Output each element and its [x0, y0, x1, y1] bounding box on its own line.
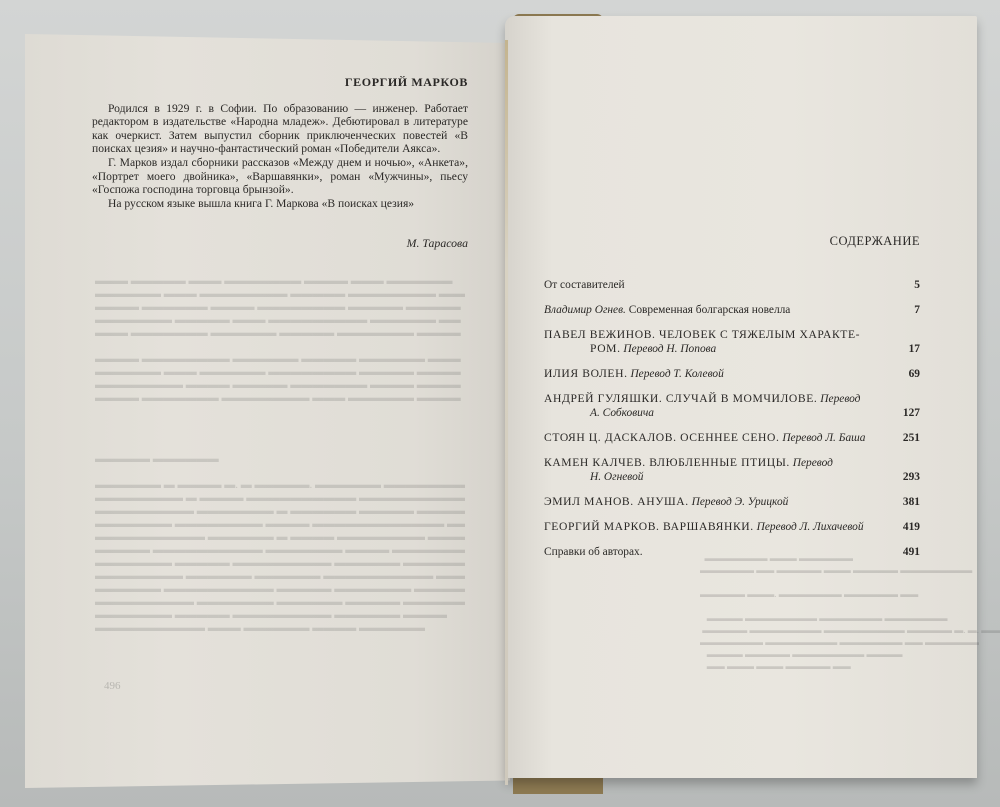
toc-page-number: 251	[890, 431, 920, 445]
toc-page-number: 491	[890, 545, 920, 559]
toc-entry[interactable]: КАМЕН КАЛЧЕВ. ВЛЮБЛЕННЫЕ ПТИЦЫ. ПереводН…	[544, 456, 920, 484]
toc-entry-title: Справки об авторах.	[544, 546, 643, 558]
toc-page-number: 381	[890, 495, 920, 509]
toc-entry-translator: Перевод Э. Урицкой	[689, 496, 789, 508]
toc-entry-translator: Перевод Л. Лихачевой	[754, 521, 864, 533]
page-number: 496	[104, 680, 121, 692]
toc-page-number: 69	[890, 367, 920, 381]
toc-entry-title: ИЛИЯ ВОЛЕН.	[544, 367, 628, 380]
toc-entry[interactable]: ПАВЕЛ ВЕЖИНОВ. ЧЕЛОВЕК С ТЯЖЕЛЫМ ХАРАКТЕ…	[544, 328, 920, 356]
toc-entry-author: Владимир Огнев.	[544, 304, 626, 316]
contents-title: СОДЕРЖАНИЕ	[780, 234, 920, 249]
toc-page-number: 17	[890, 342, 920, 356]
bio-signature: М. Тарасова	[92, 236, 468, 251]
toc-entry-title: Современная болгарская новелла	[626, 304, 790, 316]
toc-entry[interactable]: Владимир Огнев. Современная болгарская н…	[544, 303, 920, 317]
bio-paragraph: На русском языке вышла книга Г. Маркова …	[92, 197, 468, 211]
bleed-through-text: ▬▬▬ ▬▬▬▬▬ ▬▬▬ ▬▬▬▬▬▬▬ ▬▬▬▬ ▬▬▬ ▬▬▬▬▬▬ ▬▬…	[95, 262, 465, 462]
toc-entry-translator-label: Перевод	[817, 393, 860, 405]
table-of-contents: От составителей 5 Владимир Огнев. Соврем…	[544, 278, 920, 570]
toc-entry[interactable]: СТОЯН Ц. ДАСКАЛОВ. ОСЕННЕЕ СЕНО. Перевод…	[544, 431, 920, 445]
toc-entry-translator: А. Собковича	[590, 407, 654, 419]
toc-entry-title: ЭМИЛ МАНОВ. АНУША.	[544, 495, 689, 508]
toc-entry-title-cont: РОМ.	[590, 342, 621, 355]
toc-entry[interactable]: АНДРЕЙ ГУЛЯШКИ. СЛУЧАЙ В МОМЧИЛОВЕ. Пере…	[544, 392, 920, 420]
bio-paragraph: Родился в 1929 г. в Софии. По образовани…	[92, 102, 468, 156]
bio-paragraph: Г. Марков издал сборники рассказов «Межд…	[92, 156, 468, 197]
toc-entry[interactable]: ГЕОРГИЙ МАРКОВ. ВАРШАВЯНКИ. Перевод Л. Л…	[544, 520, 920, 534]
toc-entry-translator: Перевод Н. Попова	[621, 343, 717, 355]
toc-entry-title: ПАВЕЛ ВЕЖИНОВ. ЧЕЛОВЕК С ТЯЖЕЛЫМ ХАРАКТЕ…	[544, 328, 860, 341]
author-bio: ГЕОРГИЙ МАРКОВ Родился в 1929 г. в Софии…	[92, 76, 468, 210]
toc-entry[interactable]: Справки об авторах. 491	[544, 545, 920, 559]
toc-page-number: 293	[890, 470, 920, 484]
toc-entry-title: От составителей	[544, 279, 625, 291]
toc-entry[interactable]: От составителей 5	[544, 278, 920, 292]
toc-entry-translator: Перевод Т. Колевой	[628, 368, 724, 380]
toc-entry-title: ГЕОРГИЙ МАРКОВ. ВАРШАВЯНКИ.	[544, 520, 754, 533]
toc-entry-title: СТОЯН Ц. ДАСКАЛОВ. ОСЕННЕЕ СЕНО.	[544, 431, 779, 444]
toc-entry[interactable]: ЭМИЛ МАНОВ. АНУША. Перевод Э. Урицкой 38…	[544, 495, 920, 509]
toc-entry-title: АНДРЕЙ ГУЛЯШКИ. СЛУЧАЙ В МОМЧИЛОВЕ.	[544, 392, 817, 405]
bio-heading: ГЕОРГИЙ МАРКОВ	[92, 76, 468, 90]
toc-entry-title: КАМЕН КАЛЧЕВ. ВЛЮБЛЕННЫЕ ПТИЦЫ.	[544, 456, 790, 469]
toc-entry[interactable]: ИЛИЯ ВОЛЕН. Перевод Т. Колевой 69	[544, 367, 920, 381]
book-gutter	[505, 40, 508, 785]
toc-page-number: 127	[890, 406, 920, 420]
toc-page-number: 419	[890, 520, 920, 534]
toc-entry-translator: Перевод Л. Баша	[779, 432, 865, 444]
toc-entry-translator: Н. Огневой	[590, 471, 643, 483]
bleed-through-text: ▬▬▬▬▬ ▬▬▬▬▬▬ ▬▬▬▬▬▬ ▬ ▬▬▬▬ ▬. ▬ ▬▬▬▬▬. ▬…	[95, 440, 465, 670]
toc-page-number: 5	[890, 278, 920, 292]
toc-page-number: 7	[890, 303, 920, 317]
toc-entry-translator-label: Перевод	[790, 457, 833, 469]
